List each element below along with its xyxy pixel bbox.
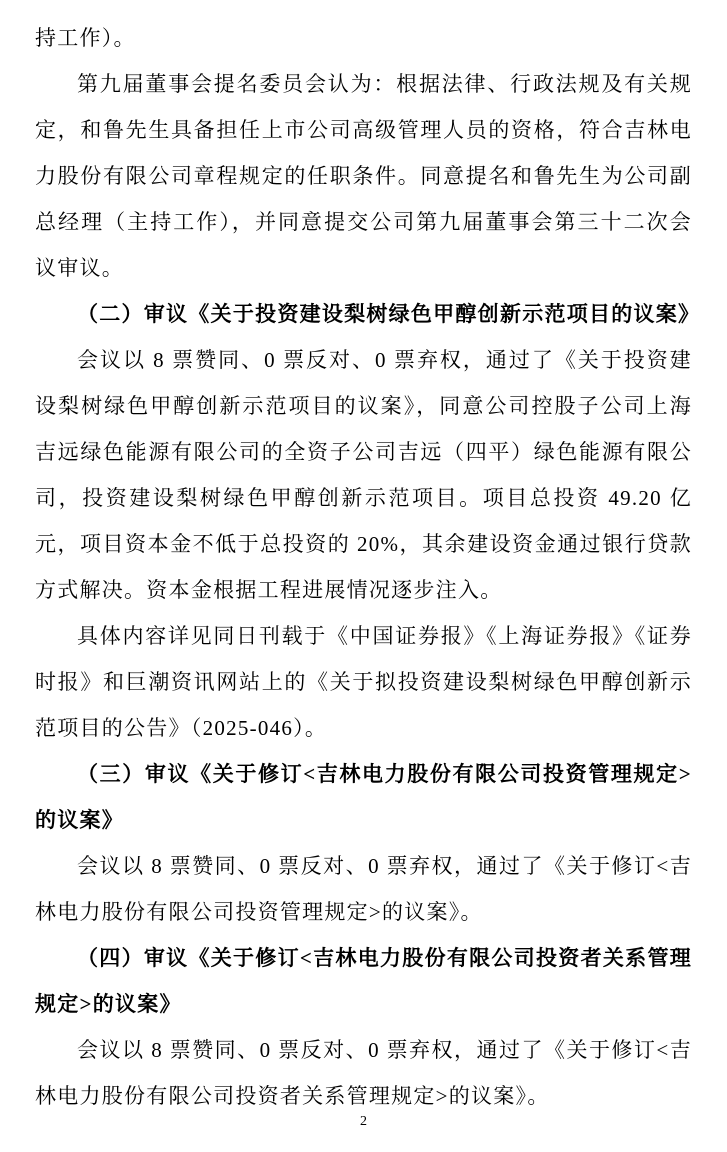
document-page: 持工作）。 第九届董事会提名委员会认为：根据法律、行政法规及有关规定，和鲁先生具… (0, 0, 727, 1152)
disclosure-reference-paragraph: 具体内容详见同日刊载于《中国证券报》《上海证券报》《证券时报》和巨潮资讯网站上的… (35, 613, 692, 751)
page-number: 2 (0, 1114, 727, 1130)
item-3-heading: （三）审议《关于修订<吉林电力股份有限公司投资管理规定>的议案》 (35, 751, 692, 843)
item-2-heading: （二）审议《关于投资建设梨树绿色甲醇创新示范项目的议案》 (35, 291, 692, 337)
item-3-resolution-paragraph: 会议以 8 票赞同、0 票反对、0 票弃权，通过了《关于修订<吉林电力股份有限公… (35, 843, 692, 935)
item-4-resolution-paragraph: 会议以 8 票赞同、0 票反对、0 票弃权，通过了《关于修订<吉林电力股份有限公… (35, 1027, 692, 1119)
nomination-committee-opinion-paragraph: 第九届董事会提名委员会认为：根据法律、行政法规及有关规定，和鲁先生具备担任上市公… (35, 61, 692, 291)
item-2-resolution-paragraph: 会议以 8 票赞同、0 票反对、0 票弃权，通过了《关于投资建设梨树绿色甲醇创新… (35, 337, 692, 613)
item-4-heading: （四）审议《关于修订<吉林电力股份有限公司投资者关系管理规定>的议案》 (35, 935, 692, 1027)
continuation-paragraph: 持工作）。 (35, 15, 692, 61)
